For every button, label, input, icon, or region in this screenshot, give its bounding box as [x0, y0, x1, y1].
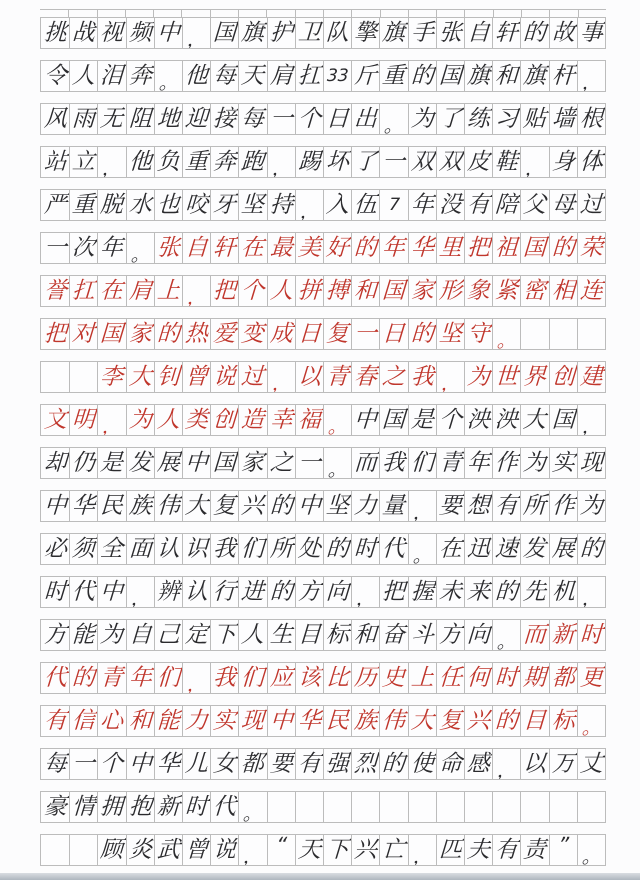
- handwritten-character: 都: [241, 749, 266, 779]
- writing-grid: 挑战视频中，国旗护卫队擎旗手张自轩的故事令人泪奔。他每天肩扛33斤重的国旗和旗杆…: [40, 9, 606, 866]
- handwritten-character: 目: [523, 706, 548, 736]
- character-cell: 中: [126, 749, 154, 779]
- handwritten-character: ，: [408, 849, 432, 865]
- character-cell: 识: [182, 534, 210, 564]
- handwritten-character: 护: [269, 18, 294, 48]
- handwritten-character: 每: [43, 749, 68, 779]
- empty-cell: [520, 792, 548, 822]
- handwritten-character: 作: [494, 448, 519, 478]
- character-cell: 双: [436, 147, 464, 177]
- character-cell: 重: [379, 61, 407, 91]
- character-cell: 祖: [492, 233, 520, 263]
- handwritten-character: 向: [466, 620, 491, 650]
- handwritten-character: 中: [100, 577, 125, 607]
- handwritten-character: 复: [438, 706, 463, 736]
- character-cell: 定: [182, 620, 210, 650]
- character-cell: 坚: [436, 319, 464, 349]
- handwritten-character: 命: [438, 749, 463, 779]
- handwritten-character: 坚: [325, 491, 350, 521]
- character-cell: 人: [69, 61, 97, 91]
- character-cell: 该: [295, 663, 323, 693]
- character-cell: 中: [182, 448, 210, 478]
- handwritten-character: 何: [466, 663, 491, 693]
- handwritten-character: 斤: [353, 61, 378, 91]
- handwritten-character: 丈: [579, 749, 604, 779]
- handwritten-character: 该: [297, 663, 322, 693]
- handwritten-character: 世: [494, 362, 519, 392]
- empty-cell: [520, 319, 548, 349]
- empty-cell: [69, 362, 97, 392]
- handwritten-character: ，: [267, 161, 291, 177]
- handwritten-character: 而: [353, 448, 378, 478]
- handwritten-character: 兴: [466, 706, 491, 736]
- handwritten-character: 时: [494, 663, 519, 693]
- handwritten-character: 方: [43, 620, 68, 650]
- empty-cell: [267, 792, 295, 822]
- handwritten-character: 。: [577, 849, 601, 865]
- handwritten-character: 实: [212, 706, 237, 736]
- handwritten-character: 的: [156, 319, 181, 349]
- handwritten-character: 重: [382, 61, 407, 91]
- character-cell: 期: [520, 663, 548, 693]
- character-cell: 陪: [492, 190, 520, 220]
- handwritten-character: 族: [353, 706, 378, 736]
- grid-row: 一次年。张自轩在最美好的年华里把祖国的荣: [40, 232, 606, 264]
- character-cell: 故: [549, 18, 577, 48]
- character-cell: 挑: [41, 18, 69, 48]
- handwritten-character: 复: [325, 319, 350, 349]
- empty-cell: [323, 792, 351, 822]
- handwritten-character: 代: [71, 577, 96, 607]
- handwritten-character: 坏: [325, 147, 350, 177]
- character-cell: 青: [323, 362, 351, 392]
- character-cell: 须: [69, 534, 97, 564]
- character-cell: 现: [577, 448, 605, 478]
- character-cell: 频: [126, 18, 154, 48]
- handwritten-character: 家: [410, 276, 435, 306]
- character-cell: 令: [41, 61, 69, 91]
- handwritten-character: 年: [466, 448, 491, 478]
- character-cell: 之: [379, 362, 407, 392]
- character-cell: 有: [295, 749, 323, 779]
- character-cell: 为: [126, 405, 154, 435]
- character-cell: 我: [379, 448, 407, 478]
- character-cell: 新: [154, 792, 182, 822]
- handwritten-character: 力: [353, 491, 378, 521]
- character-cell: 的: [379, 749, 407, 779]
- character-cell: ”: [549, 835, 577, 865]
- character-cell: 下: [210, 620, 238, 650]
- grid-row: 令人泪奔。他每天肩扛33斤重的国旗和旗杆，: [40, 60, 606, 92]
- handwritten-character: 青: [438, 448, 463, 478]
- grid-line-stub: [578, 10, 606, 17]
- handwritten-character: 史: [382, 663, 407, 693]
- character-cell: 生: [267, 620, 295, 650]
- handwritten-character: 所: [523, 491, 548, 521]
- handwritten-character: 新: [551, 620, 576, 650]
- handwritten-character: 旗: [523, 61, 548, 91]
- character-cell: 泱: [492, 405, 520, 435]
- handwritten-character: 把: [382, 577, 407, 607]
- empty-cell: [69, 835, 97, 865]
- character-cell: 把: [379, 577, 407, 607]
- handwritten-character: 一: [353, 319, 378, 349]
- character-cell: 家: [126, 319, 154, 349]
- character-cell: 每: [238, 104, 266, 134]
- handwritten-character: 把: [212, 276, 237, 306]
- handwritten-character: 下: [212, 620, 237, 650]
- handwritten-character: 根: [579, 104, 604, 134]
- handwritten-character: ，: [521, 161, 545, 177]
- character-cell: 都: [549, 663, 577, 693]
- character-cell: 时: [351, 534, 379, 564]
- handwritten-character: 轩: [212, 233, 237, 263]
- handwritten-character: 来: [466, 577, 491, 607]
- character-cell: 家: [408, 276, 436, 306]
- grid-line-stub: [436, 10, 464, 17]
- handwritten-character: 泪: [100, 61, 125, 91]
- handwritten-character: 的: [325, 534, 350, 564]
- handwritten-character: 却: [43, 448, 68, 478]
- character-cell: 战: [69, 18, 97, 48]
- handwritten-character: 为: [523, 448, 548, 478]
- handwritten-character: 认: [184, 577, 209, 607]
- character-cell: 自: [182, 233, 210, 263]
- character-cell: 女: [210, 749, 238, 779]
- character-cell: 向: [323, 577, 351, 607]
- row-spacer: [40, 135, 606, 146]
- handwritten-character: 人: [71, 61, 96, 91]
- handwritten-character: 年: [128, 663, 153, 693]
- grid-line-stub: [380, 10, 408, 17]
- character-cell: 伟: [379, 706, 407, 736]
- character-cell: 国: [97, 319, 125, 349]
- handwritten-character: 每: [241, 104, 266, 134]
- handwritten-character: ，: [577, 75, 601, 91]
- character-cell: 能: [69, 620, 97, 650]
- character-cell: 张: [154, 233, 182, 263]
- handwritten-character: 墙: [551, 104, 576, 134]
- character-cell: 的: [492, 706, 520, 736]
- character-cell: 年: [126, 663, 154, 693]
- row-spacer: [40, 49, 606, 60]
- character-cell: 力: [182, 706, 210, 736]
- row-spacer: [40, 479, 606, 490]
- handwritten-character: 有: [466, 190, 491, 220]
- character-cell: 之: [267, 448, 295, 478]
- handwritten-character: 须: [71, 534, 96, 564]
- handwritten-character: 搏: [325, 276, 350, 306]
- character-cell: 进: [238, 577, 266, 607]
- handwritten-character: 的: [269, 577, 294, 607]
- handwritten-character: 的: [494, 706, 519, 736]
- handwritten-character: 7: [388, 190, 400, 220]
- handwritten-character: 的: [410, 61, 435, 91]
- handwritten-character: 站: [43, 147, 68, 177]
- character-cell: 有: [492, 835, 520, 865]
- row-spacer: [40, 92, 606, 103]
- character-cell: 。: [323, 448, 351, 478]
- handwritten-character: 。: [324, 462, 348, 478]
- handwritten-character: 。: [154, 75, 178, 91]
- handwritten-character: 们: [410, 448, 435, 478]
- character-cell: 立: [69, 147, 97, 177]
- character-cell: 时: [577, 620, 605, 650]
- handwritten-character: 中: [184, 448, 209, 478]
- character-cell: 个: [238, 276, 266, 306]
- character-cell: 大: [520, 405, 548, 435]
- handwritten-character: 跑: [241, 147, 266, 177]
- handwritten-character: 事: [579, 18, 604, 48]
- character-cell: 新: [549, 620, 577, 650]
- character-cell: 的: [492, 577, 520, 607]
- handwritten-character: 双: [438, 147, 463, 177]
- grid-line-stub: [210, 10, 238, 17]
- character-cell: 。: [492, 620, 520, 650]
- handwritten-character: 斗: [410, 620, 435, 650]
- handwritten-character: 国: [382, 405, 407, 435]
- photo-edge-shadow: [0, 873, 640, 880]
- character-cell: 民: [323, 706, 351, 736]
- character-cell: 站: [41, 147, 69, 177]
- character-cell: ，: [351, 577, 379, 607]
- handwritten-character: 以: [297, 362, 322, 392]
- character-cell: 明: [69, 405, 97, 435]
- character-cell: 中: [154, 18, 182, 48]
- character-cell: 史: [379, 663, 407, 693]
- character-cell: 的: [577, 534, 605, 564]
- character-cell: 而: [351, 448, 379, 478]
- handwritten-character: 故: [551, 18, 576, 48]
- handwritten-character: 卫: [297, 18, 322, 48]
- handwritten-character: 最: [269, 233, 294, 263]
- handwritten-character: 体: [579, 147, 604, 177]
- character-cell: 为: [577, 491, 605, 521]
- character-cell: ，: [408, 491, 436, 521]
- grid-row: 风雨无阻地迎接每一个日出。为了练习贴墙根: [40, 103, 606, 135]
- character-cell: 斤: [351, 61, 379, 91]
- character-cell: 手: [408, 18, 436, 48]
- character-cell: 说: [210, 835, 238, 865]
- character-cell: 年: [408, 190, 436, 220]
- empty-cell: [408, 792, 436, 822]
- handwritten-character: 的: [523, 18, 548, 48]
- row-spacer: [40, 780, 606, 791]
- handwritten-character: 他: [128, 147, 153, 177]
- character-cell: 紧: [492, 276, 520, 306]
- handwritten-character: 我: [212, 534, 237, 564]
- character-cell: 把: [464, 233, 492, 263]
- character-cell: 炎: [126, 835, 154, 865]
- handwritten-character: 标: [551, 706, 576, 736]
- handwritten-character: “: [275, 835, 287, 855]
- handwritten-character: 接: [212, 104, 237, 134]
- character-cell: 族: [126, 491, 154, 521]
- character-cell: 实: [210, 706, 238, 736]
- character-cell: 面: [126, 534, 154, 564]
- character-cell: 队: [323, 18, 351, 48]
- character-cell: 为: [408, 104, 436, 134]
- character-cell: 量: [379, 491, 407, 521]
- handwritten-character: 和: [494, 61, 519, 91]
- character-cell: 武: [154, 835, 182, 865]
- handwritten-character: 有: [494, 835, 519, 865]
- handwritten-character: 现: [579, 448, 604, 478]
- handwritten-character: 过: [241, 362, 266, 392]
- handwritten-character: 贴: [523, 104, 548, 134]
- handwritten-character: 能: [156, 706, 181, 736]
- handwritten-character: 严: [43, 190, 68, 220]
- character-cell: 护: [267, 18, 295, 48]
- character-cell: 感: [464, 749, 492, 779]
- handwritten-character: 的: [494, 577, 519, 607]
- handwritten-character: 是: [410, 405, 435, 435]
- handwritten-character: 频: [128, 18, 153, 48]
- handwritten-character: 的: [410, 319, 435, 349]
- character-cell: 曾: [182, 835, 210, 865]
- handwritten-character: 文: [43, 405, 68, 435]
- character-cell: 守: [464, 319, 492, 349]
- character-cell: 国: [549, 405, 577, 435]
- grid-line-stub: [521, 10, 549, 17]
- handwritten-character: 每: [212, 61, 237, 91]
- empty-cell: [492, 792, 520, 822]
- character-cell: 贴: [520, 104, 548, 134]
- row-spacer: [40, 651, 606, 662]
- handwritten-character: 相: [551, 276, 576, 306]
- handwritten-character: 更: [579, 663, 604, 693]
- character-cell: 日: [295, 319, 323, 349]
- handwritten-character: ，: [408, 505, 432, 521]
- handwritten-character: 负: [156, 147, 181, 177]
- character-cell: 兴: [464, 706, 492, 736]
- character-cell: 能: [154, 706, 182, 736]
- grid-row: 每一个中华儿女都要有强烈的使命感，以万丈: [40, 748, 606, 780]
- handwritten-character: 形: [438, 276, 463, 306]
- character-cell: 和: [351, 276, 379, 306]
- handwritten-character: 女: [212, 749, 237, 779]
- handwritten-character: ，: [577, 419, 601, 435]
- handwritten-character: 。: [493, 634, 517, 650]
- handwritten-character: 美: [297, 233, 322, 263]
- handwritten-character: 上: [156, 276, 181, 306]
- row-spacer: [40, 178, 606, 189]
- character-cell: 们: [238, 663, 266, 693]
- character-cell: 持: [267, 190, 295, 220]
- character-cell: 伟: [154, 491, 182, 521]
- handwritten-character: 中: [269, 706, 294, 736]
- character-cell: 创: [210, 405, 238, 435]
- character-cell: 时: [41, 577, 69, 607]
- character-cell: 我: [210, 663, 238, 693]
- grid-line-stub: [68, 10, 96, 17]
- character-cell: 命: [436, 749, 464, 779]
- character-cell: 一: [379, 147, 407, 177]
- handwritten-character: 里: [438, 233, 463, 263]
- character-cell: 全: [97, 534, 125, 564]
- character-cell: 的: [267, 491, 295, 521]
- character-cell: 华: [69, 491, 97, 521]
- character-cell: 个: [436, 405, 464, 435]
- handwritten-character: 。: [577, 720, 601, 736]
- character-cell: 肩: [126, 276, 154, 306]
- handwritten-character: 要: [438, 491, 463, 521]
- grid-line-stub: [238, 10, 266, 17]
- character-cell: 张: [436, 18, 464, 48]
- handwritten-character: 伟: [156, 491, 181, 521]
- character-cell: 国: [520, 233, 548, 263]
- character-cell: 体: [577, 147, 605, 177]
- character-cell: 。: [126, 233, 154, 263]
- handwritten-character: 好: [325, 233, 350, 263]
- row-spacer: [40, 350, 606, 361]
- character-cell: 伍: [351, 190, 379, 220]
- handwritten-character: 代: [382, 534, 407, 564]
- character-cell: 建: [577, 362, 605, 392]
- character-cell: 幸: [267, 405, 295, 435]
- character-cell: 来: [464, 577, 492, 607]
- character-cell: 和: [126, 706, 154, 736]
- handwritten-character: 中: [297, 491, 322, 521]
- character-cell: 应: [267, 663, 295, 693]
- handwritten-character: 扛: [71, 276, 96, 306]
- character-cell: ，: [295, 190, 323, 220]
- handwritten-character: 荣: [579, 233, 604, 263]
- handwritten-character: 奔: [128, 61, 153, 91]
- handwritten-character: 处: [297, 534, 322, 564]
- character-cell: 万: [549, 749, 577, 779]
- character-cell: 行: [210, 577, 238, 607]
- handwritten-character: 为: [466, 362, 491, 392]
- handwritten-character: 为: [410, 104, 435, 134]
- handwritten-character: 中: [43, 491, 68, 521]
- character-cell: 。: [577, 706, 605, 736]
- handwritten-character: 武: [156, 835, 181, 865]
- handwritten-character: 展: [551, 534, 576, 564]
- handwritten-character: 大: [184, 491, 209, 521]
- handwritten-character: 李: [100, 362, 125, 392]
- handwritten-character: 守: [466, 319, 491, 349]
- character-cell: 每: [210, 61, 238, 91]
- handwritten-character: 伍: [353, 190, 378, 220]
- handwritten-character: 抱: [128, 792, 153, 822]
- character-cell: 比: [323, 663, 351, 693]
- handwritten-character: 令: [43, 61, 68, 91]
- handwritten-character: 泱: [466, 405, 491, 435]
- character-cell: 过: [238, 362, 266, 392]
- handwritten-character: 张: [156, 233, 181, 263]
- character-cell: 的: [323, 534, 351, 564]
- handwritten-character: 人: [156, 405, 181, 435]
- handwritten-character: 能: [71, 620, 96, 650]
- handwritten-character: 的: [353, 233, 378, 263]
- character-cell: 里: [436, 233, 464, 263]
- empty-cell: [577, 319, 605, 349]
- character-cell: 轩: [492, 18, 520, 48]
- handwritten-character: 中: [128, 749, 153, 779]
- grid-row: 代的青年们，我们应该比历史上任何时期都更: [40, 662, 606, 694]
- character-cell: 界: [520, 362, 548, 392]
- handwritten-character: 责: [523, 835, 548, 865]
- handwritten-character: 认: [156, 534, 181, 564]
- handwritten-character: 而: [523, 620, 548, 650]
- character-cell: 卫: [295, 18, 323, 48]
- handwritten-character: 时: [579, 620, 604, 650]
- character-cell: 泪: [97, 61, 125, 91]
- character-cell: 上: [408, 663, 436, 693]
- character-cell: 代: [210, 792, 238, 822]
- handwritten-character: 在: [438, 534, 463, 564]
